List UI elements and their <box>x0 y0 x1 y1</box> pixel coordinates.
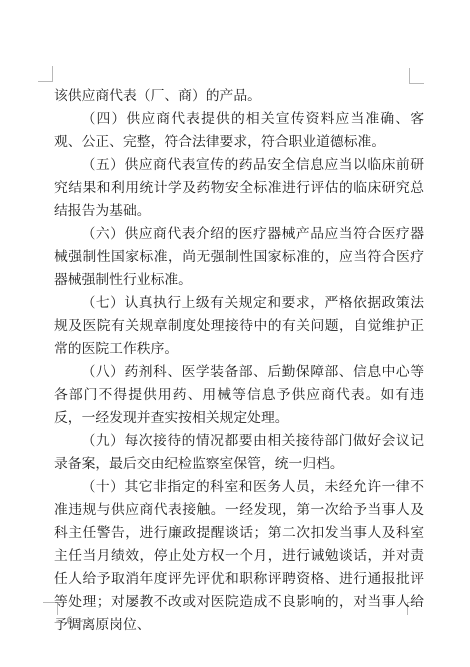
paragraph-item-10: （十）其它非指定的科室和医务人员，未经允许一律不准违规与供应商代表接触。一经发现… <box>54 475 424 636</box>
document-page: 该供应商代表（厂、商）的产品。 （四）供应商代表提供的相关宣传资料应当准确、客观… <box>0 0 470 667</box>
paragraph-item-7: （七）认真执行上级有关规定和要求，严格依据政策法规及医院有关规章制度处理接待中的… <box>54 291 424 360</box>
page-number: - 6 - <box>56 615 85 627</box>
paragraph-item-4: （四）供应商代表提供的相关宣传资料应当准确、客观、公正、完整，符合法律要求，符合… <box>54 107 424 153</box>
text-boundary-mark-top-right <box>409 68 424 84</box>
text-boundary-mark-top-left <box>38 66 53 82</box>
paragraph-item-6: （六）供应商代表介绍的医疗器械产品应当符合医疗器械强制性国家标准，尚无强制性国家… <box>54 222 424 291</box>
paragraph-item-5: （五）供应商代表宣传的药品安全信息应当以临床前研究结果和利用统计学及药物安全标准… <box>54 153 424 222</box>
paragraph-continuation: 该供应商代表（厂、商）的产品。 <box>54 84 424 107</box>
paragraph-item-9: （九）每次接待的情况都要由相关接待部门做好会议记录备案，最后交由纪检监察室保管，… <box>54 429 424 475</box>
paragraph-item-8: （八）药剂科、医学装备部、后勤保障部、信息中心等各部门不得提供用药、用械等信息予… <box>54 360 424 429</box>
document-body: 该供应商代表（厂、商）的产品。 （四）供应商代表提供的相关宣传资料应当准确、客观… <box>54 84 424 636</box>
